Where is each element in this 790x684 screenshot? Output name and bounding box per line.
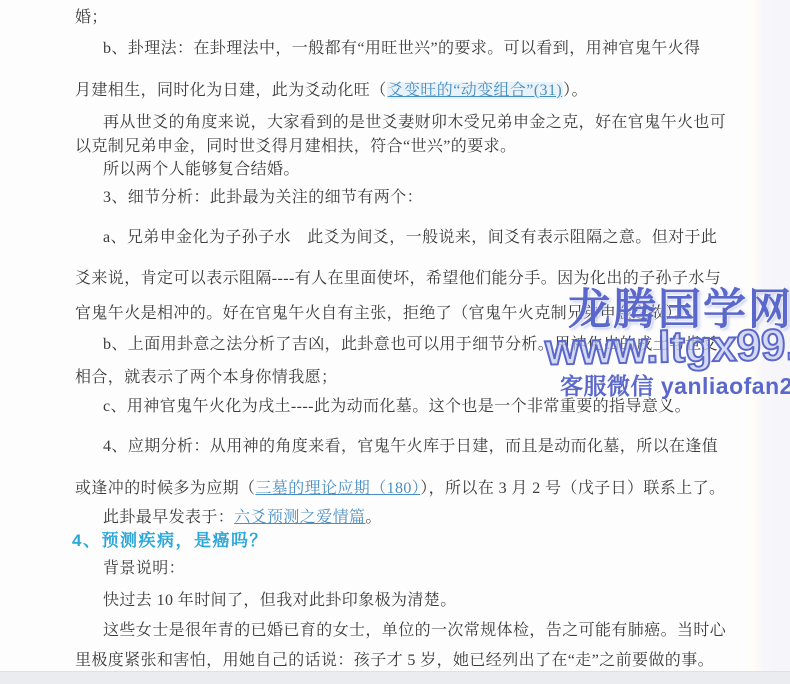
page-edge-shadow	[745, 0, 790, 684]
text-line: 3、细节分析：此卦最为关注的细节有两个：	[103, 188, 423, 208]
text-line: 官鬼午火是相冲的。好在官鬼午火自有主张，拒绝了（官鬼午火克制兄弟申金之故）。	[75, 304, 690, 324]
text-line: 所以两个人能够复合结婚。	[103, 160, 300, 180]
text-line: 此卦最早发表于：六爻预测之爱情篇。	[103, 508, 382, 528]
text-span: a、兄弟申金化为子孙子水 此爻为间爻，一般说来，间爻有表示阻隔之意。但对于此	[103, 229, 717, 246]
text-span: 相合，就表示了两个本身你情我愿；	[75, 369, 337, 386]
text-span: 爻来说，肯定可以表示阻隔----有人在里面使坏，希望他们能分手。因为化出的子孙子…	[75, 270, 721, 287]
section-heading: 4、预测疾病，是癌吗？	[72, 531, 268, 551]
text-span: 3、细节分析：此卦最为关注的细节有两个：	[103, 189, 423, 206]
text-span: b、上面用卦意之法分析了吉凶，此卦意也可以用于细节分析。用神化出的戌土与世爻	[103, 336, 718, 353]
text-span: 此卦最早发表于：	[103, 509, 234, 526]
text-span: b、卦理法：在卦理法中，一般都有“用旺世兴”的要求。可以看到，用神官鬼午火得	[103, 40, 700, 57]
text-line: 或逢冲的时候多为应期（三墓的理论应期（180）），所以在 3 月 2 号（戊子日…	[75, 479, 725, 499]
text-span: 以克制兄弟申金，同时世爻得月建相扶，符合“世兴”的要求。	[75, 138, 516, 155]
text-line: 这些女士是很年青的已婚已育的女士，单位的一次常规体检，告之可能有肺癌。当时心	[103, 621, 726, 641]
text-span: ），所以在 3 月 2 号（戊子日）联系上了。	[420, 480, 725, 497]
text-line: a、兄弟申金化为子孙子水 此爻为间爻，一般说来，间爻有表示阻隔之意。但对于此	[103, 228, 717, 248]
text-span: ）。	[563, 82, 588, 99]
text-span: 4、应期分析：从用神的角度来看，官鬼午火库于日建，而且是动而化墓，所以在逢值	[103, 438, 718, 455]
text-line: 再从世爻的角度来说，大家看到的是世爻妻财卯木受兄弟申金之克，好在官鬼午火也可	[103, 113, 726, 133]
text-line: 里极度紧张和害怕，用她自己的话说：孩子才 5 岁，她已经列出了在“走”之前要做的…	[75, 651, 714, 671]
text-span: 月建相生，同时化为日建，此为爻动化旺（	[75, 82, 387, 99]
text-line: 月建相生，同时化为日建，此为爻动化旺（爻变旺的“动变组合”(31)）。	[75, 81, 588, 101]
inline-link[interactable]: 爻变旺的“动变组合”(31)	[387, 82, 563, 99]
text-line: 婚；	[75, 8, 108, 28]
document-lines: 婚；b、卦理法：在卦理法中，一般都有“用旺世兴”的要求。可以看到，用神官鬼午火得…	[0, 0, 790, 684]
text-span: 再从世爻的角度来说，大家看到的是世爻妻财卯木受兄弟申金之克，好在官鬼午火也可	[103, 114, 726, 131]
text-line: b、卦理法：在卦理法中，一般都有“用旺世兴”的要求。可以看到，用神官鬼午火得	[103, 39, 700, 59]
inline-link[interactable]: 六爻预测之爱情篇	[234, 509, 365, 526]
document-page: 婚；b、卦理法：在卦理法中，一般都有“用旺世兴”的要求。可以看到，用神官鬼午火得…	[0, 0, 790, 684]
text-line: 4、应期分析：从用神的角度来看，官鬼午火库于日建，而且是动而化墓，所以在逢值	[103, 437, 718, 457]
text-line: 爻来说，肯定可以表示阻隔----有人在里面使坏，希望他们能分手。因为化出的子孙子…	[75, 269, 721, 289]
text-span: 婚；	[75, 9, 108, 26]
text-span: 里极度紧张和害怕，用她自己的话说：孩子才 5 岁，她已经列出了在“走”之前要做的…	[75, 652, 714, 669]
text-span: 这些女士是很年青的已婚已育的女士，单位的一次常规体检，告之可能有肺癌。当时心	[103, 622, 726, 639]
text-line: 以克制兄弟申金，同时世爻得月建相扶，符合“世兴”的要求。	[75, 137, 516, 157]
text-line: c、用神官鬼午火化为戌土----此为动而化墓。这个也是一个非常重要的指导意义。	[103, 397, 691, 417]
text-span: 或逢冲的时候多为应期（	[75, 480, 255, 497]
text-span: 快过去 10 年时间了，但我对此卦印象极为清楚。	[103, 592, 457, 609]
text-line: 背景说明：	[103, 559, 185, 579]
text-line: 相合，就表示了两个本身你情我愿；	[75, 368, 337, 388]
text-span: 4、预测疾病，是癌吗？	[72, 531, 268, 550]
text-span: 所以两个人能够复合结婚。	[103, 161, 300, 178]
text-span: 官鬼午火是相冲的。好在官鬼午火自有主张，拒绝了（官鬼午火克制兄弟申金之故）。	[75, 305, 690, 322]
text-line: 快过去 10 年时间了，但我对此卦印象极为清楚。	[103, 591, 457, 611]
text-line: b、上面用卦意之法分析了吉凶，此卦意也可以用于细节分析。用神化出的戌土与世爻	[103, 335, 718, 355]
page-bottom-gap	[0, 671, 790, 684]
text-span: 背景说明：	[103, 560, 185, 577]
inline-link[interactable]: 三墓的理论应期（180）	[255, 480, 420, 497]
text-span: 。	[365, 509, 381, 526]
text-span: c、用神官鬼午火化为戌土----此为动而化墓。这个也是一个非常重要的指导意义。	[103, 398, 691, 415]
